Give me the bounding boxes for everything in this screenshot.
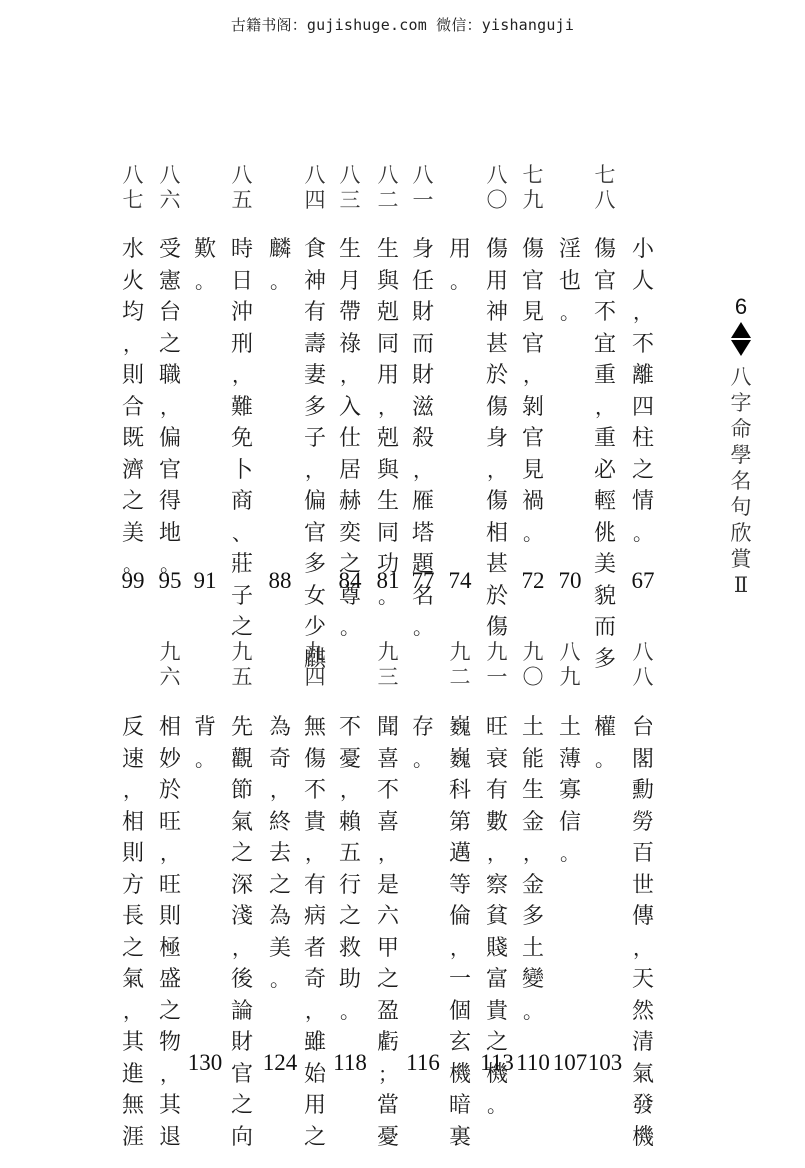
page-reference: 110	[516, 1050, 550, 1076]
quote-line: 傷用神甚於傷身，傷相甚於傷	[482, 234, 512, 644]
quote-line: 歎。	[190, 234, 220, 297]
entry-number: 八一	[408, 163, 438, 213]
quote-line: 小人，不離四柱之情。	[628, 234, 658, 549]
page-reference: 118	[333, 1050, 367, 1076]
entry-number: 七九	[518, 163, 548, 213]
quote-line: 背。	[190, 712, 220, 775]
quote-line: 生與剋同用，剋與生同功。	[373, 234, 403, 612]
quote-line: 為奇，終去之為美。	[265, 712, 295, 996]
page-reference: 95	[159, 568, 182, 594]
up-down-triangle-icon	[731, 318, 751, 356]
page-reference: 77	[412, 568, 435, 594]
quote-line: 存。	[408, 712, 438, 775]
entry-number: 九四	[300, 640, 330, 690]
page-reference: 99	[122, 568, 145, 594]
page-reference: 113	[480, 1050, 514, 1076]
entry-number: 九三	[373, 640, 403, 690]
entry-number: 八〇	[482, 163, 512, 213]
page-reference: 124	[263, 1050, 298, 1076]
page-reference: 88	[269, 568, 292, 594]
entry-number: 九一	[482, 640, 512, 690]
quote-line: 無傷不貴，有病者奇，雖始用之	[300, 712, 330, 1153]
entry-number: 七八	[590, 163, 620, 213]
entry-number: 八六	[155, 163, 185, 213]
entry-number: 八四	[300, 163, 330, 213]
quote-line: 水火均，則合既濟之美。	[118, 234, 148, 581]
page-reference: 103	[588, 1050, 623, 1076]
quote-line: 土能生金，金多土變。	[518, 712, 548, 1027]
entry-number: 八三	[335, 163, 365, 213]
entry-number: 九五	[227, 640, 257, 690]
quote-line: 巍巍科第邁等倫，一個玄機暗裏	[445, 712, 475, 1153]
book-title: 八字命學名句欣賞Ⅱ	[731, 364, 752, 598]
quote-line: 食神有壽妻多子，偏官多女少麒	[300, 234, 330, 675]
quote-line: 台閣勳勞百世傳，天然清氣發機	[628, 712, 658, 1153]
quote-line: 用。	[445, 234, 475, 297]
page-reference: 67	[632, 568, 655, 594]
quote-line: 相妙於旺，旺則極盛之物，其退	[155, 712, 185, 1153]
quote-line: 傷官見官，剝官見禍。	[518, 234, 548, 549]
entry-number: 八九	[555, 640, 585, 690]
page-reference: 81	[377, 568, 400, 594]
page-reference: 130	[188, 1050, 223, 1076]
quote-line: 反速，相則方長之氣，其進無涯	[118, 712, 148, 1153]
entry-number: 八八	[628, 640, 658, 690]
watermark-text: 古籍书阁：gujishuge.com 微信：yishanguji	[0, 14, 805, 35]
page-reference: 91	[194, 568, 217, 594]
page-number: 6	[735, 296, 747, 318]
page-reference: 116	[406, 1050, 440, 1076]
quote-line: 時日沖刑，難免卜商、莊子之	[227, 234, 257, 644]
quote-line: 聞喜不喜，是六甲之盈虧；當憂	[373, 712, 403, 1153]
entry-number: 九六	[155, 640, 185, 690]
quote-line: 麟。	[265, 234, 295, 297]
running-header: 6 八字命學名句欣賞Ⅱ	[726, 296, 756, 598]
quote-line: 土薄寡信。	[555, 712, 585, 870]
page-reference: 107	[553, 1050, 588, 1076]
page-reference: 74	[449, 568, 472, 594]
quote-line: 權。	[590, 712, 620, 775]
entry-number: 八七	[118, 163, 148, 213]
page-reference: 72	[522, 568, 545, 594]
quote-line: 先觀節氣之深淺，後論財官之向	[227, 712, 257, 1153]
entry-number: 九二	[445, 640, 475, 690]
quote-line: 淫也。	[555, 234, 585, 329]
entry-number: 九〇	[518, 640, 548, 690]
quote-line: 不憂，賴五行之救助。	[335, 712, 365, 1027]
quote-line: 傷官不宜重，重必輕佻美貌而多	[590, 234, 620, 675]
quote-line: 受憲台之職，偏官得地。	[155, 234, 185, 581]
page-reference: 70	[559, 568, 582, 594]
entry-number: 八五	[227, 163, 257, 213]
page-reference: 84	[339, 568, 362, 594]
entry-number: 八二	[373, 163, 403, 213]
